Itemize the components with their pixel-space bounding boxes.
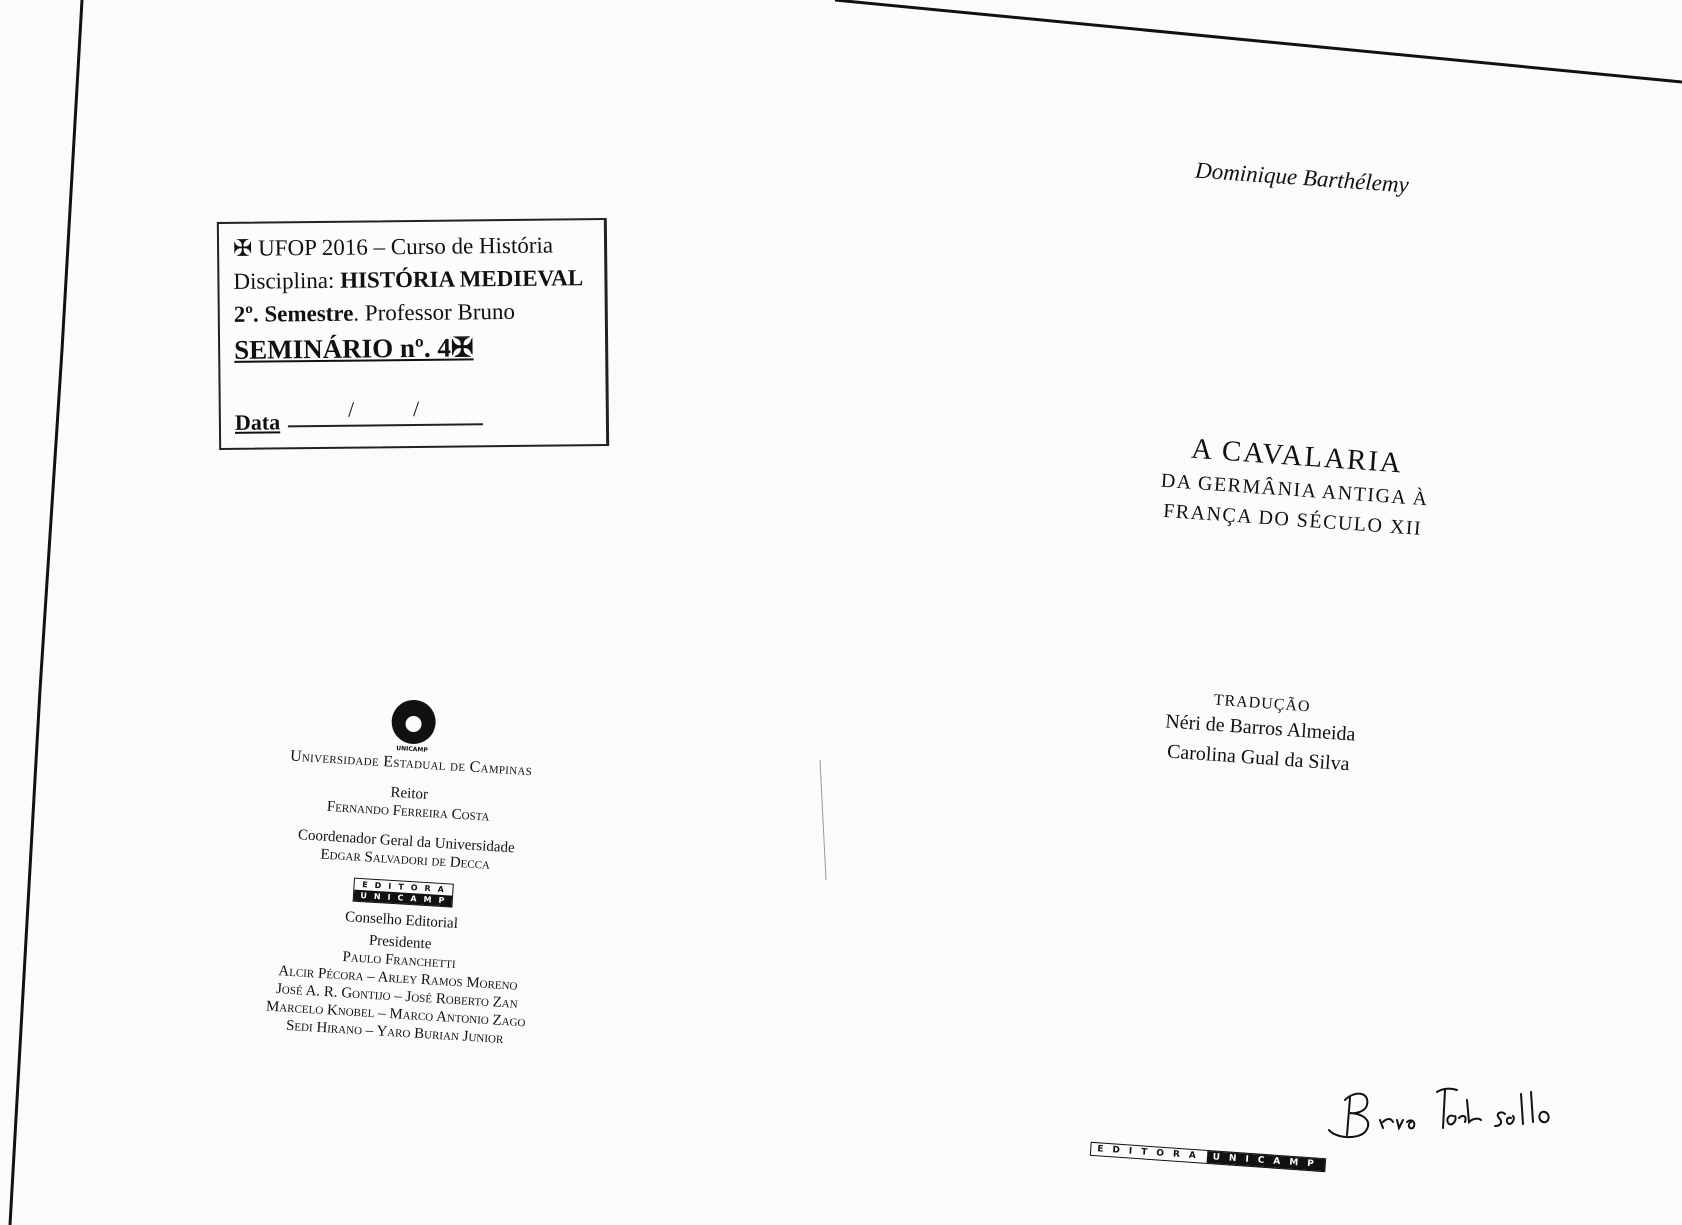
date-blank: / / (288, 423, 483, 427)
translation-block: TRADUÇÃO Néri de Barros Almeida Carolina… (1138, 687, 1383, 782)
stamp-line-3: 2º. Semestre. Professor Bruno (234, 294, 591, 331)
stamp-line-2: Disciplina: HISTÓRIA MEDIEVAL (233, 261, 590, 298)
editora-unicamp-logo: EDITORA UNICAMP (353, 878, 453, 908)
handwritten-signature (1325, 1080, 1625, 1160)
course-stamp: ✠ UFOP 2016 – Curso de História Discipli… (217, 218, 609, 450)
date-field: Data / / (235, 407, 483, 436)
book-title-block: A CAVALARIA DA GERMÂNIA ANTIGA À FRANÇA … (1122, 428, 1468, 544)
scan-page-edges (0, 0, 1682, 1225)
stamp-line-1: ✠ UFOP 2016 – Curso de História (233, 228, 590, 265)
book-author: Dominique Barthélemy (1194, 158, 1409, 199)
unicamp-logo-icon (390, 699, 437, 746)
seminar-number: SEMINÁRIO nº. 4✠ (234, 327, 591, 369)
editora-unicamp-logo-bottom: EDITORAUNICAMP (1090, 1142, 1326, 1172)
left-page-imprint: UNICAMP Universidade Estadual de Campina… (229, 690, 579, 1052)
